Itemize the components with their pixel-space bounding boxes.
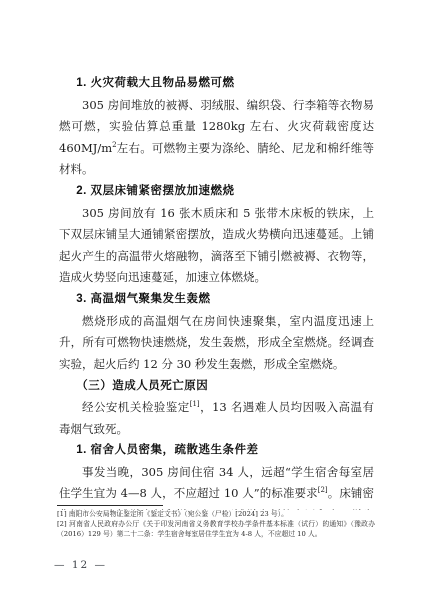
body-paragraph: 305 房间放有 16 张木质床和 5 张带木床板的铁床，上下双层床铺呈大通铺紧… <box>59 203 374 289</box>
footnote-list: [1] 南阳市公安局物证鉴定所《鉴定文书》（宛公鉴（尸检）[2024] 23 号… <box>57 510 375 539</box>
body-paragraph: 燃烧形成的高温烟气在房间快速聚集，室内温度迅速上升，所有可燃物快速燃烧，发生轰燃… <box>59 311 374 376</box>
footnote-ref: [1] <box>190 400 200 408</box>
page-number: — 12 — <box>54 559 107 571</box>
footnote-separator <box>57 505 163 506</box>
footnote: [2] 河南省人民政府办公厅《关于印发河南省义务教育学校办学条件基本标准（试行）… <box>57 520 375 539</box>
footnote-ref: 2 <box>112 141 116 149</box>
section-heading: （三）造成人员死亡原因 <box>59 375 374 397</box>
document-body: 1. 火灾荷载大且物品易燃可燃305 房间堆放的被褥、羽绒服、编织袋、行李箱等衣… <box>59 73 374 510</box>
body-paragraph: 事发当晚，305 房间住宿 34 人，远超“学生宿舍每室居住学生宜为 4—8 人… <box>59 462 374 510</box>
footnotes-area: [1] 南阳市公安局物证鉴定所《鉴定文书》（宛公鉴（尸检）[2024] 23 号… <box>57 505 375 540</box>
section-heading: 1. 火灾荷载大且物品易燃可燃 <box>59 73 374 95</box>
section-heading: 3. 高温烟气聚集发生轰燃 <box>59 289 374 311</box>
document-page: 1. 火灾荷载大且物品易燃可燃305 房间堆放的被褥、羽绒服、编织袋、行李箱等衣… <box>0 0 432 602</box>
body-paragraph: 305 房间堆放的被褥、羽绒服、编织袋、行李箱等衣物易燃可燃，实验估算总重量 1… <box>59 95 374 181</box>
section-heading: 1. 宿舍人员密集，疏散逃生条件差 <box>59 440 374 462</box>
body-paragraph: 经公安机关检验鉴定[1]，13 名遇难人员均因吸入高温有毒烟气致死。 <box>59 397 374 440</box>
section-heading: 2. 双层床铺紧密摆放加速燃烧 <box>59 181 374 203</box>
footnote: [1] 南阳市公安局物证鉴定所《鉴定文书》（宛公鉴（尸检）[2024] 23 号… <box>57 510 375 519</box>
footnote-ref: [2] <box>318 486 328 494</box>
